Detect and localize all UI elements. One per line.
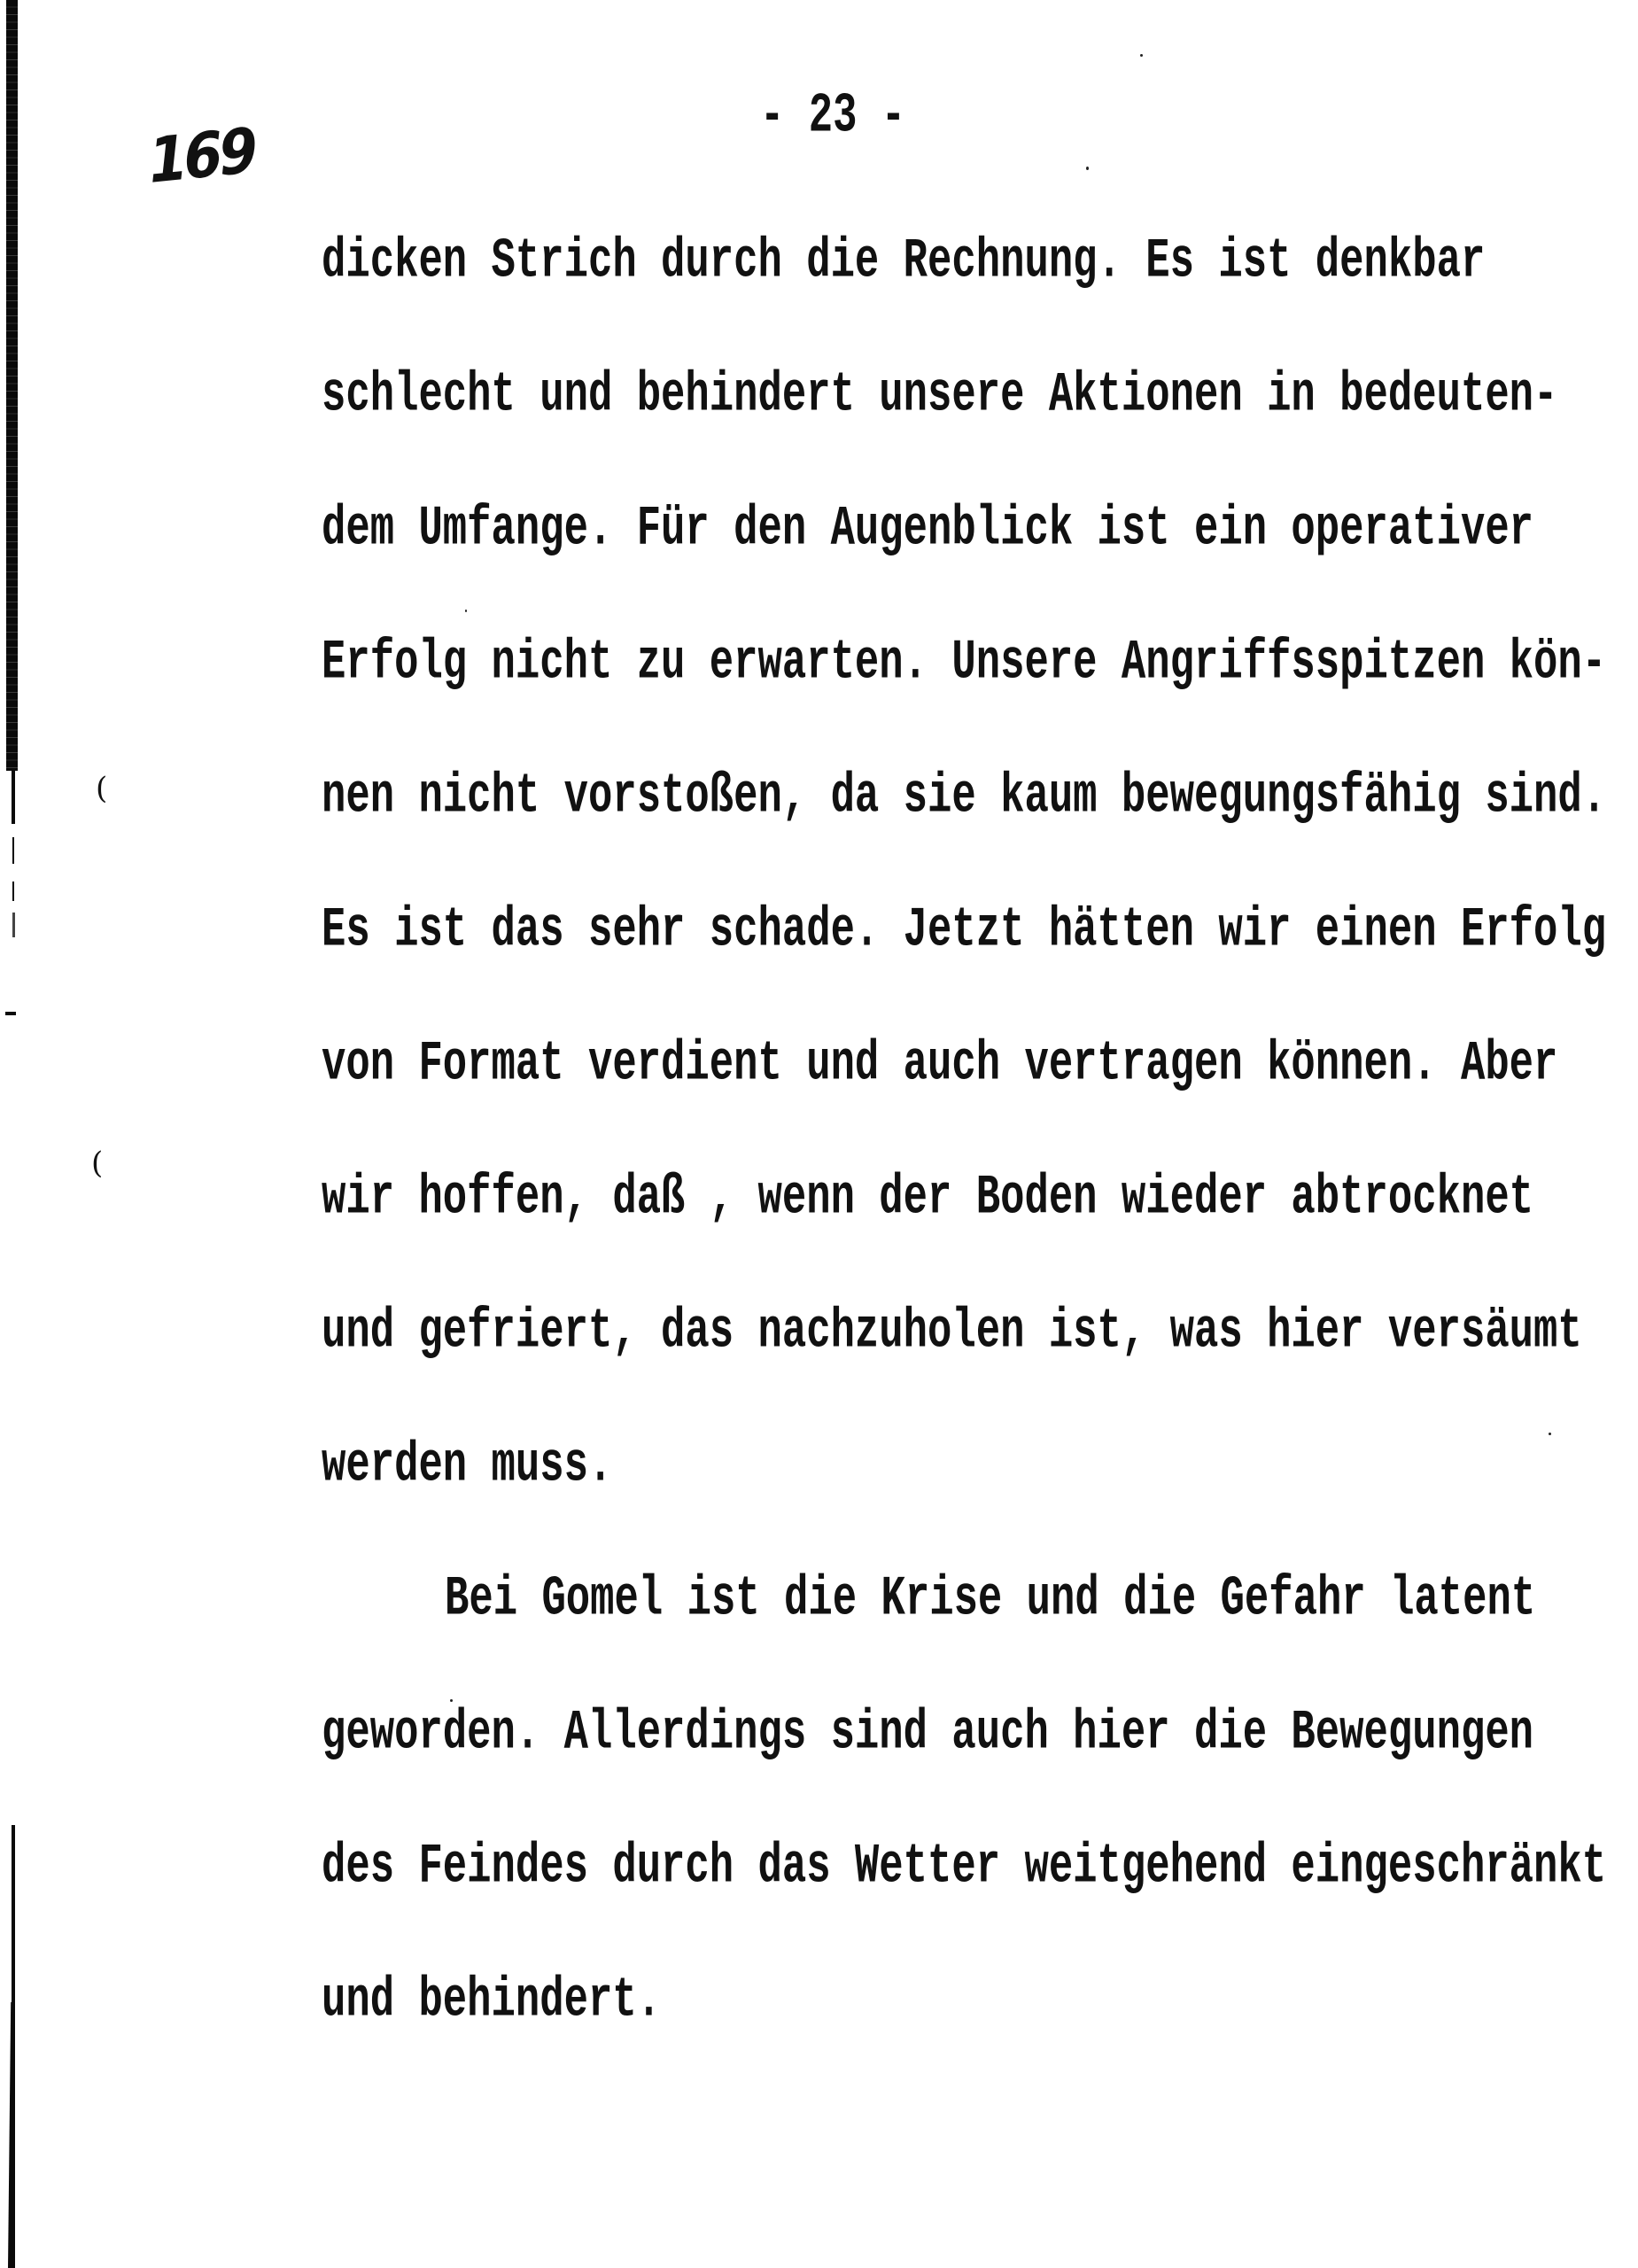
- text-line: dicken Strich durch die Rechnung. Es ist…: [322, 235, 1485, 291]
- scan-speck: [1549, 1433, 1551, 1435]
- text-line: von Format verdient und auch vertragen k…: [322, 1037, 1557, 1093]
- binding-edge-fragment: [12, 913, 15, 937]
- text-line: geworden. Allerdings sind auch hier die …: [322, 1706, 1533, 1762]
- page-number: - 23 -: [760, 89, 905, 145]
- margin-bracket-mark: (: [96, 771, 107, 806]
- document-page: 169 ( ( - 23 - dicken Strich durch die R…: [0, 0, 1638, 2268]
- handwritten-folio-number: 169: [144, 113, 258, 198]
- text-line: Erfolg nicht zu erwarten. Unsere Angriff…: [322, 636, 1606, 692]
- text-line: nen nicht vorstoßen, da sie kaum bewegun…: [322, 770, 1606, 826]
- margin-dash-mark: [5, 1012, 16, 1015]
- scan-speck: [465, 610, 467, 612]
- binding-edge: [6, 0, 18, 771]
- text-line: Es ist das sehr schade. Jetzt hätten wir…: [322, 904, 1606, 959]
- text-line: und behindert.: [322, 1974, 661, 2030]
- binding-edge-lower: [8, 2002, 15, 2268]
- text-line: und gefriert, das nachzuholen ist, was h…: [322, 1305, 1582, 1361]
- text-line: schlecht und behindert unsere Aktionen i…: [322, 369, 1557, 424]
- text-line: Bei Gomel ist die Krise und die Gefahr l…: [445, 1573, 1535, 1628]
- text-line: werden muss.: [322, 1439, 612, 1495]
- text-line: dem Umfange. Für den Augenblick ist ein …: [322, 502, 1533, 558]
- margin-bracket-mark: (: [91, 1146, 103, 1181]
- binding-edge-fragment: [12, 837, 14, 864]
- binding-edge-lower: [12, 1825, 15, 2002]
- scan-speck: [1086, 167, 1089, 170]
- text-line: des Feindes durch das Wetter weitgehend …: [322, 1840, 1606, 1896]
- text-line: wir hoffen, daß , wenn der Boden wieder …: [322, 1171, 1533, 1227]
- binding-edge-fragment: [12, 771, 15, 824]
- scan-speck: [1140, 54, 1143, 57]
- binding-edge-fragment: [12, 882, 14, 901]
